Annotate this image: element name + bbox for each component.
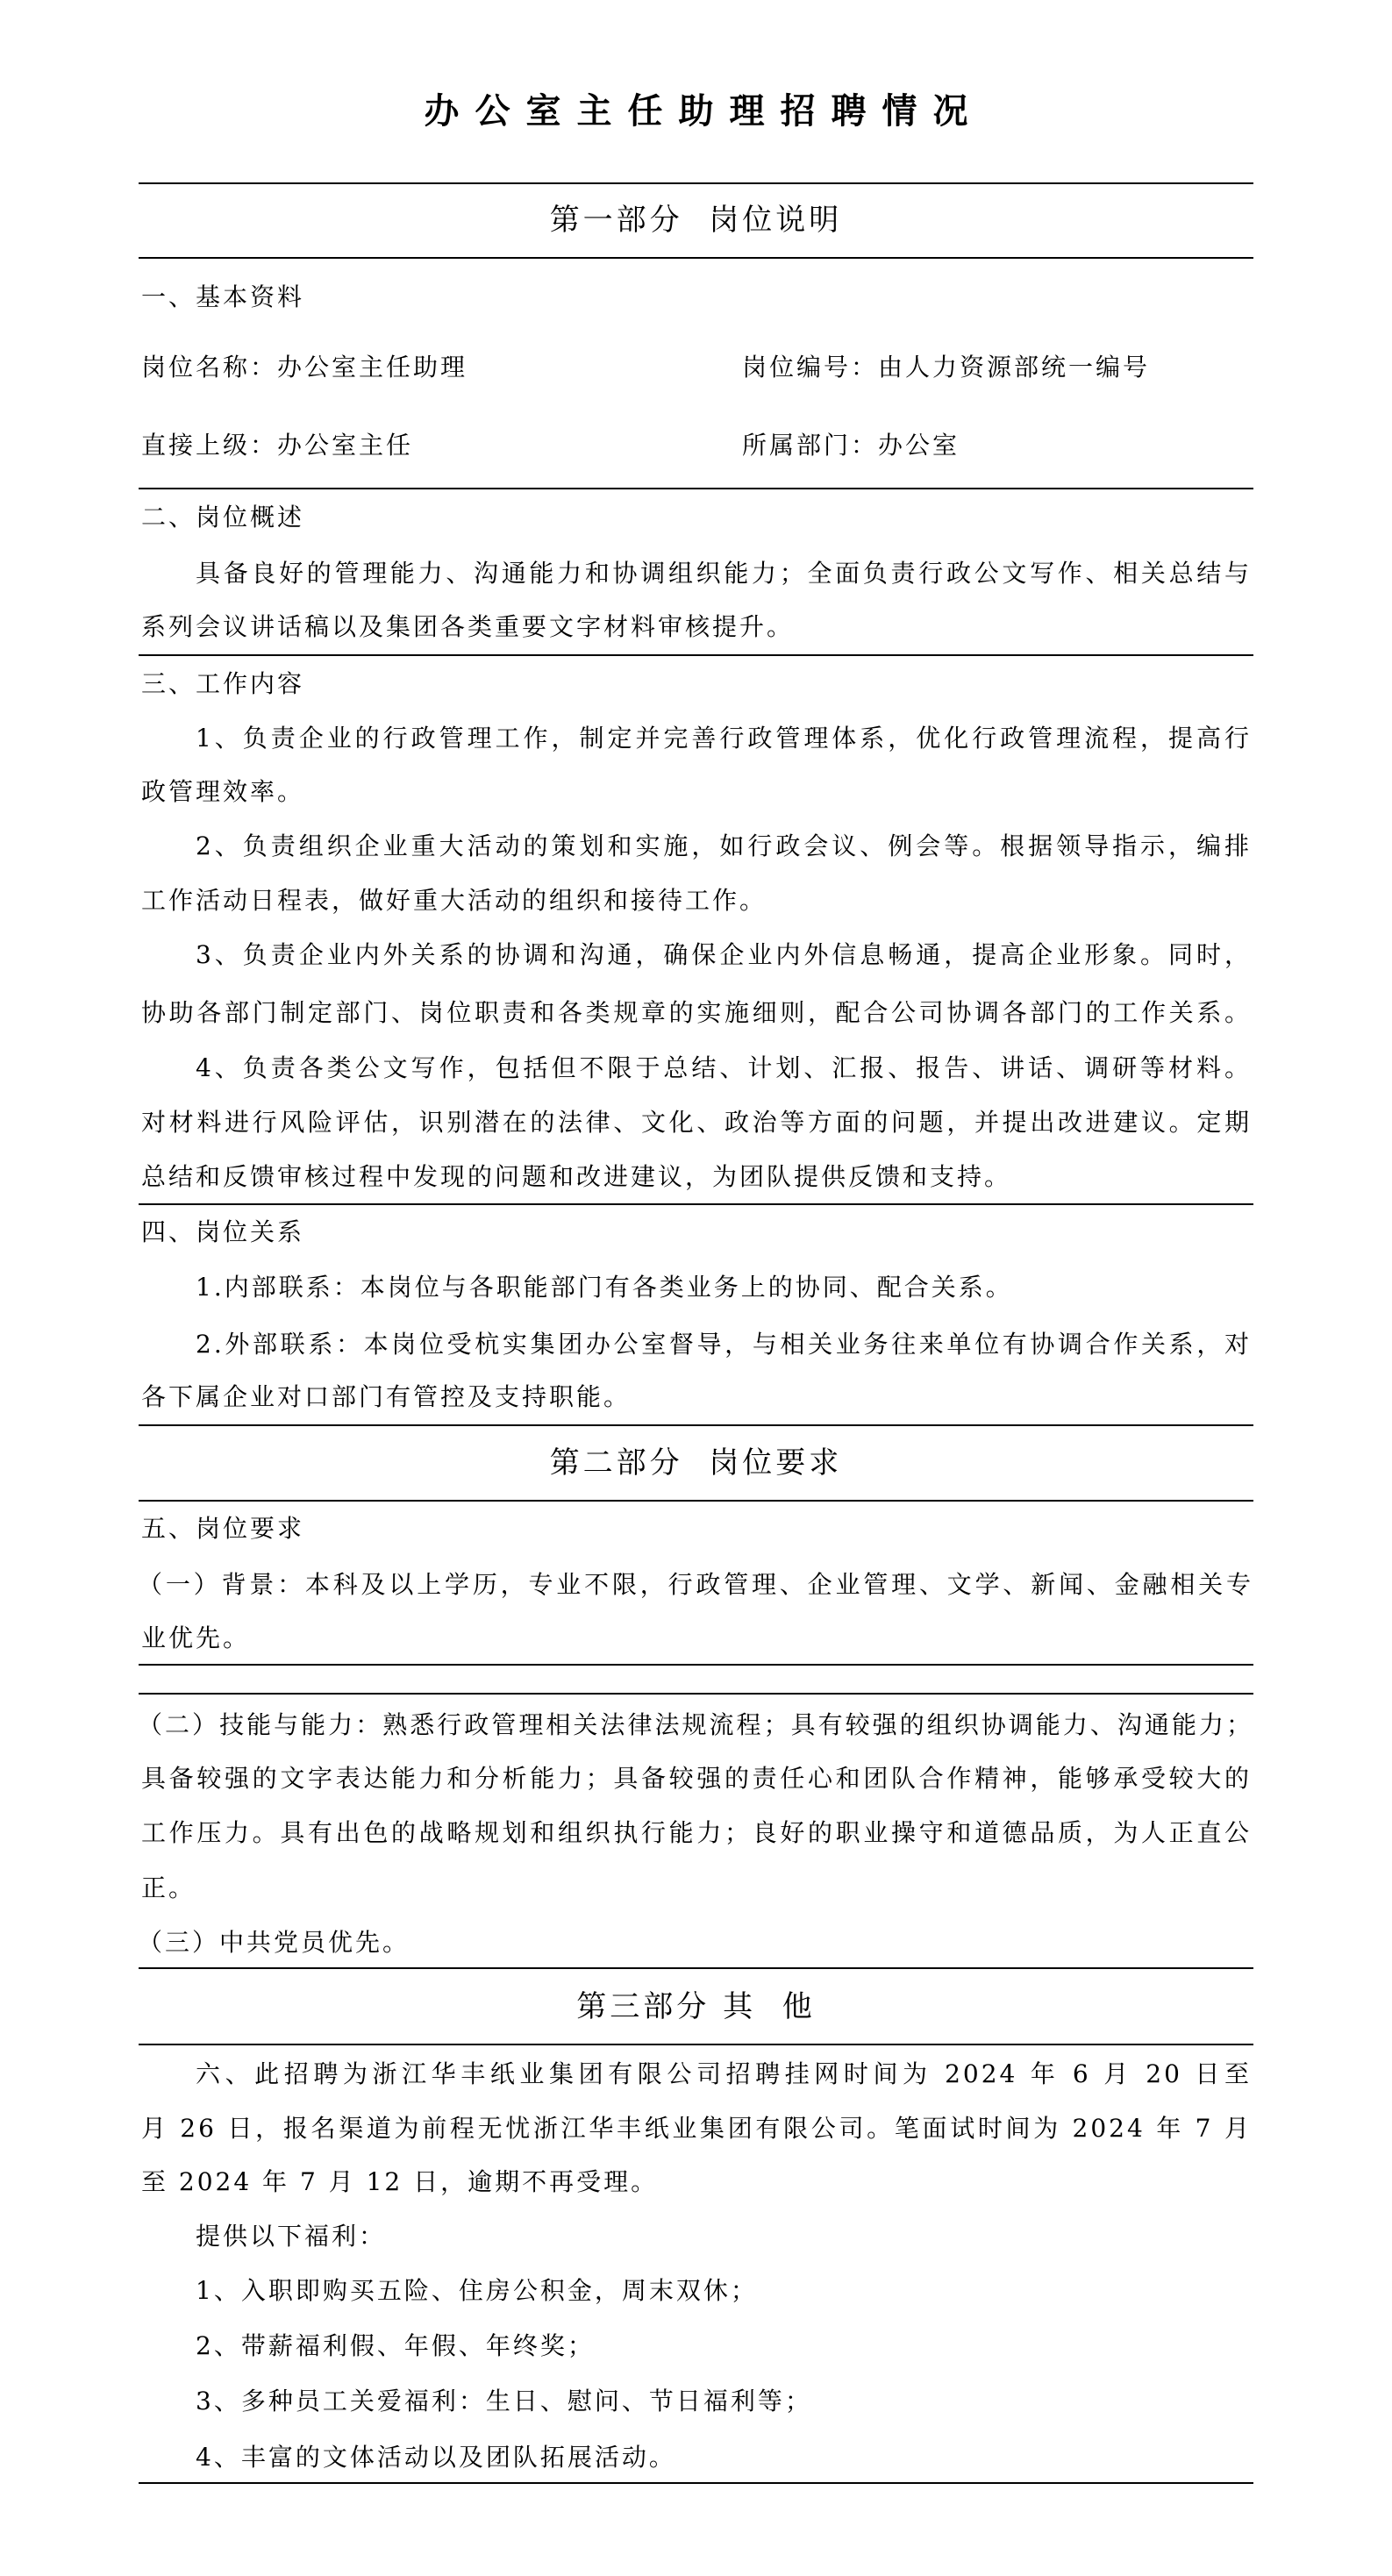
requirement-skills-line: 正。: [141, 1871, 1252, 1906]
duty-line: 3、负责企业内外关系的协调和沟通，确保企业内外信息畅通，提高企业形象。同时，: [196, 938, 1252, 973]
requirement-skills-line: 具备较强的文字表达能力和分析能力；具备较强的责任心和团队合作精神，能够承受较大的: [141, 1761, 1252, 1796]
overview-line: 系列会议讲话稿以及集团各类重要文字材料审核提升。: [141, 610, 1252, 645]
divider: [139, 1693, 1253, 1695]
duty-line: 2、负责组织企业重大活动的策划和实施，如行政会议、例会等。根据领导指示，编排: [196, 829, 1252, 864]
divider: [139, 1664, 1253, 1666]
department-label: 所属部门：: [742, 431, 878, 460]
overview-line: 具备良好的管理能力、沟通能力和协调组织能力；全面负责行政公文写作、相关总结与: [196, 556, 1252, 591]
section-relations-heading: 四、岗位关系: [141, 1215, 1252, 1250]
part1-heading: 第一部分 岗位说明: [139, 201, 1253, 239]
section-requirements-heading: 五、岗位要求: [141, 1511, 1252, 1546]
document-title: 办公室主任助理招聘情况: [139, 88, 1253, 135]
divider: [139, 1967, 1253, 1969]
section-duties-heading: 三、工作内容: [141, 667, 1252, 702]
position-code-value: 由人力资源部统一编号: [878, 353, 1150, 382]
duty-line: 总结和反馈审核过程中发现的问题和改进建议，为团队提供反馈和支持。: [141, 1160, 1252, 1195]
supervisor-value: 办公室主任: [277, 431, 413, 460]
position-code-field: 岗位编号：由人力资源部统一编号: [742, 350, 1150, 385]
benefit-item: 1、入职即购买五险、住房公积金，周末双休；: [196, 2273, 1252, 2308]
divider: [139, 488, 1253, 489]
requirement-party-line: （三）中共党员优先。: [138, 1925, 1248, 1960]
relation-line: 2.外部联系：本岗位受杭实集团办公室督导，与相关业务往来单位有协调合作关系，对: [196, 1327, 1252, 1362]
divider: [139, 2482, 1253, 2484]
divider: [139, 2044, 1253, 2045]
divider: [139, 1500, 1253, 1502]
department-field: 所属部门：办公室: [742, 428, 960, 463]
duty-line: 政管理效率。: [141, 774, 1252, 810]
part3-heading: 第三部分 其 他: [139, 1987, 1253, 2026]
duty-line: 协助各部门制定部门、岗位职责和各类规章的实施细则，配合公司协调各部门的工作关系。: [141, 995, 1252, 1031]
requirement-background-line: （一）背景：本科及以上学历，专业不限，行政管理、企业管理、文学、新闻、金融相关专: [138, 1567, 1253, 1602]
divider: [139, 1424, 1253, 1426]
divider: [139, 1203, 1253, 1205]
department-value: 办公室: [878, 431, 960, 460]
benefit-item: 4、丰富的文体活动以及团队拓展活动。: [196, 2440, 1252, 2475]
position-code-label: 岗位编号：: [742, 353, 878, 382]
relation-line: 各下属企业对口部门有管控及支持职能。: [141, 1380, 1252, 1415]
notice-line: 六、此招聘为浙江华丰纸业集团有限公司招聘挂网时间为 2024 年 6 月 20 …: [196, 2057, 1252, 2092]
section-overview-heading: 二、岗位概述: [141, 500, 1252, 535]
requirement-skills-line: （二）技能与能力：熟悉行政管理相关法律法规流程；具有较强的组织协调能力、沟通能力…: [138, 1708, 1253, 1743]
relation-line: 1.内部联系：本岗位与各职能部门有各类业务上的协同、配合关系。: [196, 1270, 1252, 1305]
supervisor-label: 直接上级：: [141, 431, 277, 460]
requirement-background-line: 业优先。: [141, 1621, 1252, 1656]
divider: [139, 654, 1253, 656]
divider: [139, 257, 1253, 259]
requirement-skills-line: 工作压力。具有出色的战略规划和组织执行能力；良好的职业操守和道德品质，为人正直公: [141, 1816, 1252, 1851]
duty-line: 1、负责企业的行政管理工作，制定并完善行政管理体系，优化行政管理流程，提高行: [196, 721, 1252, 756]
divider: [139, 182, 1253, 184]
duty-line: 对材料进行风险评估，识别潜在的法律、文化、政治等方面的问题，并提出改进建议。定期: [141, 1105, 1252, 1140]
notice-line: 至 2024 年 7 月 12 日，逾期不再受理。: [141, 2165, 1252, 2200]
position-name-label: 岗位名称：: [141, 353, 277, 382]
part2-heading: 第二部分 岗位要求: [139, 1444, 1253, 1482]
position-name-field: 岗位名称：办公室主任助理: [141, 350, 738, 385]
document-page: 办公室主任助理招聘情况 第一部分 岗位说明 一、基本资料 岗位名称：办公室主任助…: [0, 0, 1392, 2576]
position-name-value: 办公室主任助理: [277, 353, 468, 382]
notice-line: 月 26 日，报名渠道为前程无忧浙江华丰纸业集团有限公司。笔面试时间为 2024…: [141, 2111, 1252, 2146]
benefit-item: 3、多种员工关爱福利：生日、慰问、节日福利等；: [196, 2384, 1252, 2419]
section-basic-info-heading: 一、基本资料: [141, 280, 1252, 315]
duty-line: 工作活动日程表，做好重大活动的组织和接待工作。: [141, 883, 1252, 918]
benefit-item: 2、带薪福利假、年假、年终奖；: [196, 2329, 1252, 2364]
supervisor-field: 直接上级：办公室主任: [141, 428, 738, 463]
duty-line: 4、负责各类公文写作，包括但不限于总结、计划、汇报、报告、讲话、调研等材料。: [196, 1051, 1252, 1086]
benefits-heading: 提供以下福利：: [196, 2219, 1252, 2254]
